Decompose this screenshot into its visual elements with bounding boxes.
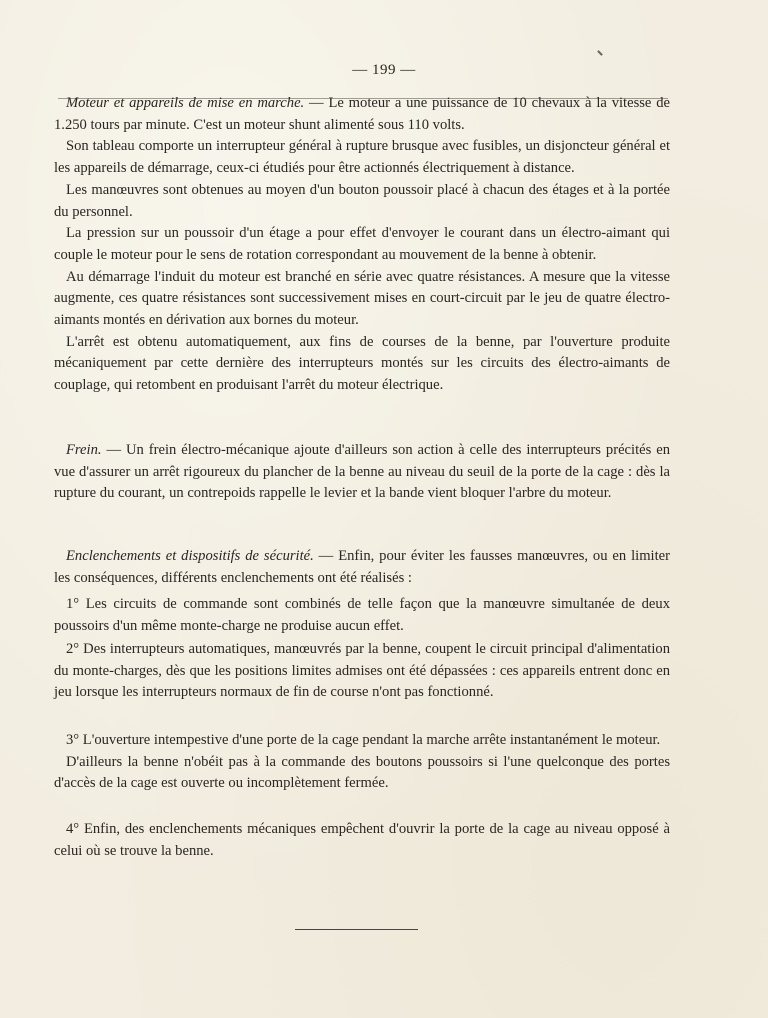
item-text: L'ouverture intempestive d'une porte de … (79, 732, 660, 748)
paragraph: La pression sur un poussoir d'un étage a… (54, 223, 670, 266)
paragraph: Moteur et appareils de mise en marche. —… (54, 93, 670, 136)
paragraph: Au démarrage l'induit du moteur est bran… (54, 267, 670, 332)
item-text: Enfin, des enclenchements mécaniques emp… (54, 821, 670, 859)
section-heading: Moteur et appareils de mise en marche. (66, 95, 304, 111)
page-number: — 199 — (0, 62, 768, 79)
paragraph: Enclenchements et dispositifs de sécurit… (54, 546, 670, 589)
ink-speck (597, 50, 603, 56)
safety-item-4: 4° Enfin, des enclenchements mécaniques … (54, 819, 670, 862)
section-brake: Frein. — Un frein électro-mécanique ajou… (54, 440, 670, 505)
section-heading: Frein. (66, 442, 102, 458)
section-motor: Moteur et appareils de mise en marche. —… (54, 93, 670, 397)
item-number: 2° (66, 641, 79, 657)
em-dash: — (102, 442, 126, 458)
em-dash: — (304, 95, 328, 111)
item-text: Des interrupteurs automatiques, manœuvré… (54, 641, 670, 700)
item-number: 3° (66, 732, 79, 748)
paragraph-text: Un frein électro-mécanique ajoute d'aill… (54, 442, 670, 501)
document-page: — 199 — Moteur et appareils de mise en m… (0, 0, 768, 1018)
list-item: 2° Des interrupteurs automatiques, manœu… (54, 639, 670, 704)
safety-item-3: 3° L'ouverture intempestive d'une porte … (54, 730, 670, 795)
item-text: Les circuits de commande sont combinés d… (54, 596, 670, 634)
section-safety: Enclenchements et dispositifs de sécurit… (54, 546, 670, 589)
safety-item-2: 2° Des interrupteurs automatiques, manœu… (54, 639, 670, 704)
paragraph: Les manœuvres sont obtenues au moyen d'u… (54, 180, 670, 223)
paragraph: Frein. — Un frein électro-mécanique ajou… (54, 440, 670, 505)
item-number: 4° (66, 821, 79, 837)
item-number: 1° (66, 596, 79, 612)
paragraph: Son tableau comporte un interrupteur gén… (54, 136, 670, 179)
end-rule (295, 929, 418, 930)
paragraph: L'arrêt est obtenu automatiquement, aux … (54, 332, 670, 397)
safety-item-1: 1° Les circuits de commande sont combiné… (54, 594, 670, 637)
section-heading: Enclenchements et dispositifs de sécurit… (66, 548, 314, 564)
paragraph: D'ailleurs la benne n'obéit pas à la com… (54, 752, 670, 795)
list-item: 3° L'ouverture intempestive d'une porte … (54, 730, 670, 752)
list-item: 1° Les circuits de commande sont combiné… (54, 594, 670, 637)
list-item: 4° Enfin, des enclenchements mécaniques … (54, 819, 670, 862)
em-dash: — (314, 548, 338, 564)
